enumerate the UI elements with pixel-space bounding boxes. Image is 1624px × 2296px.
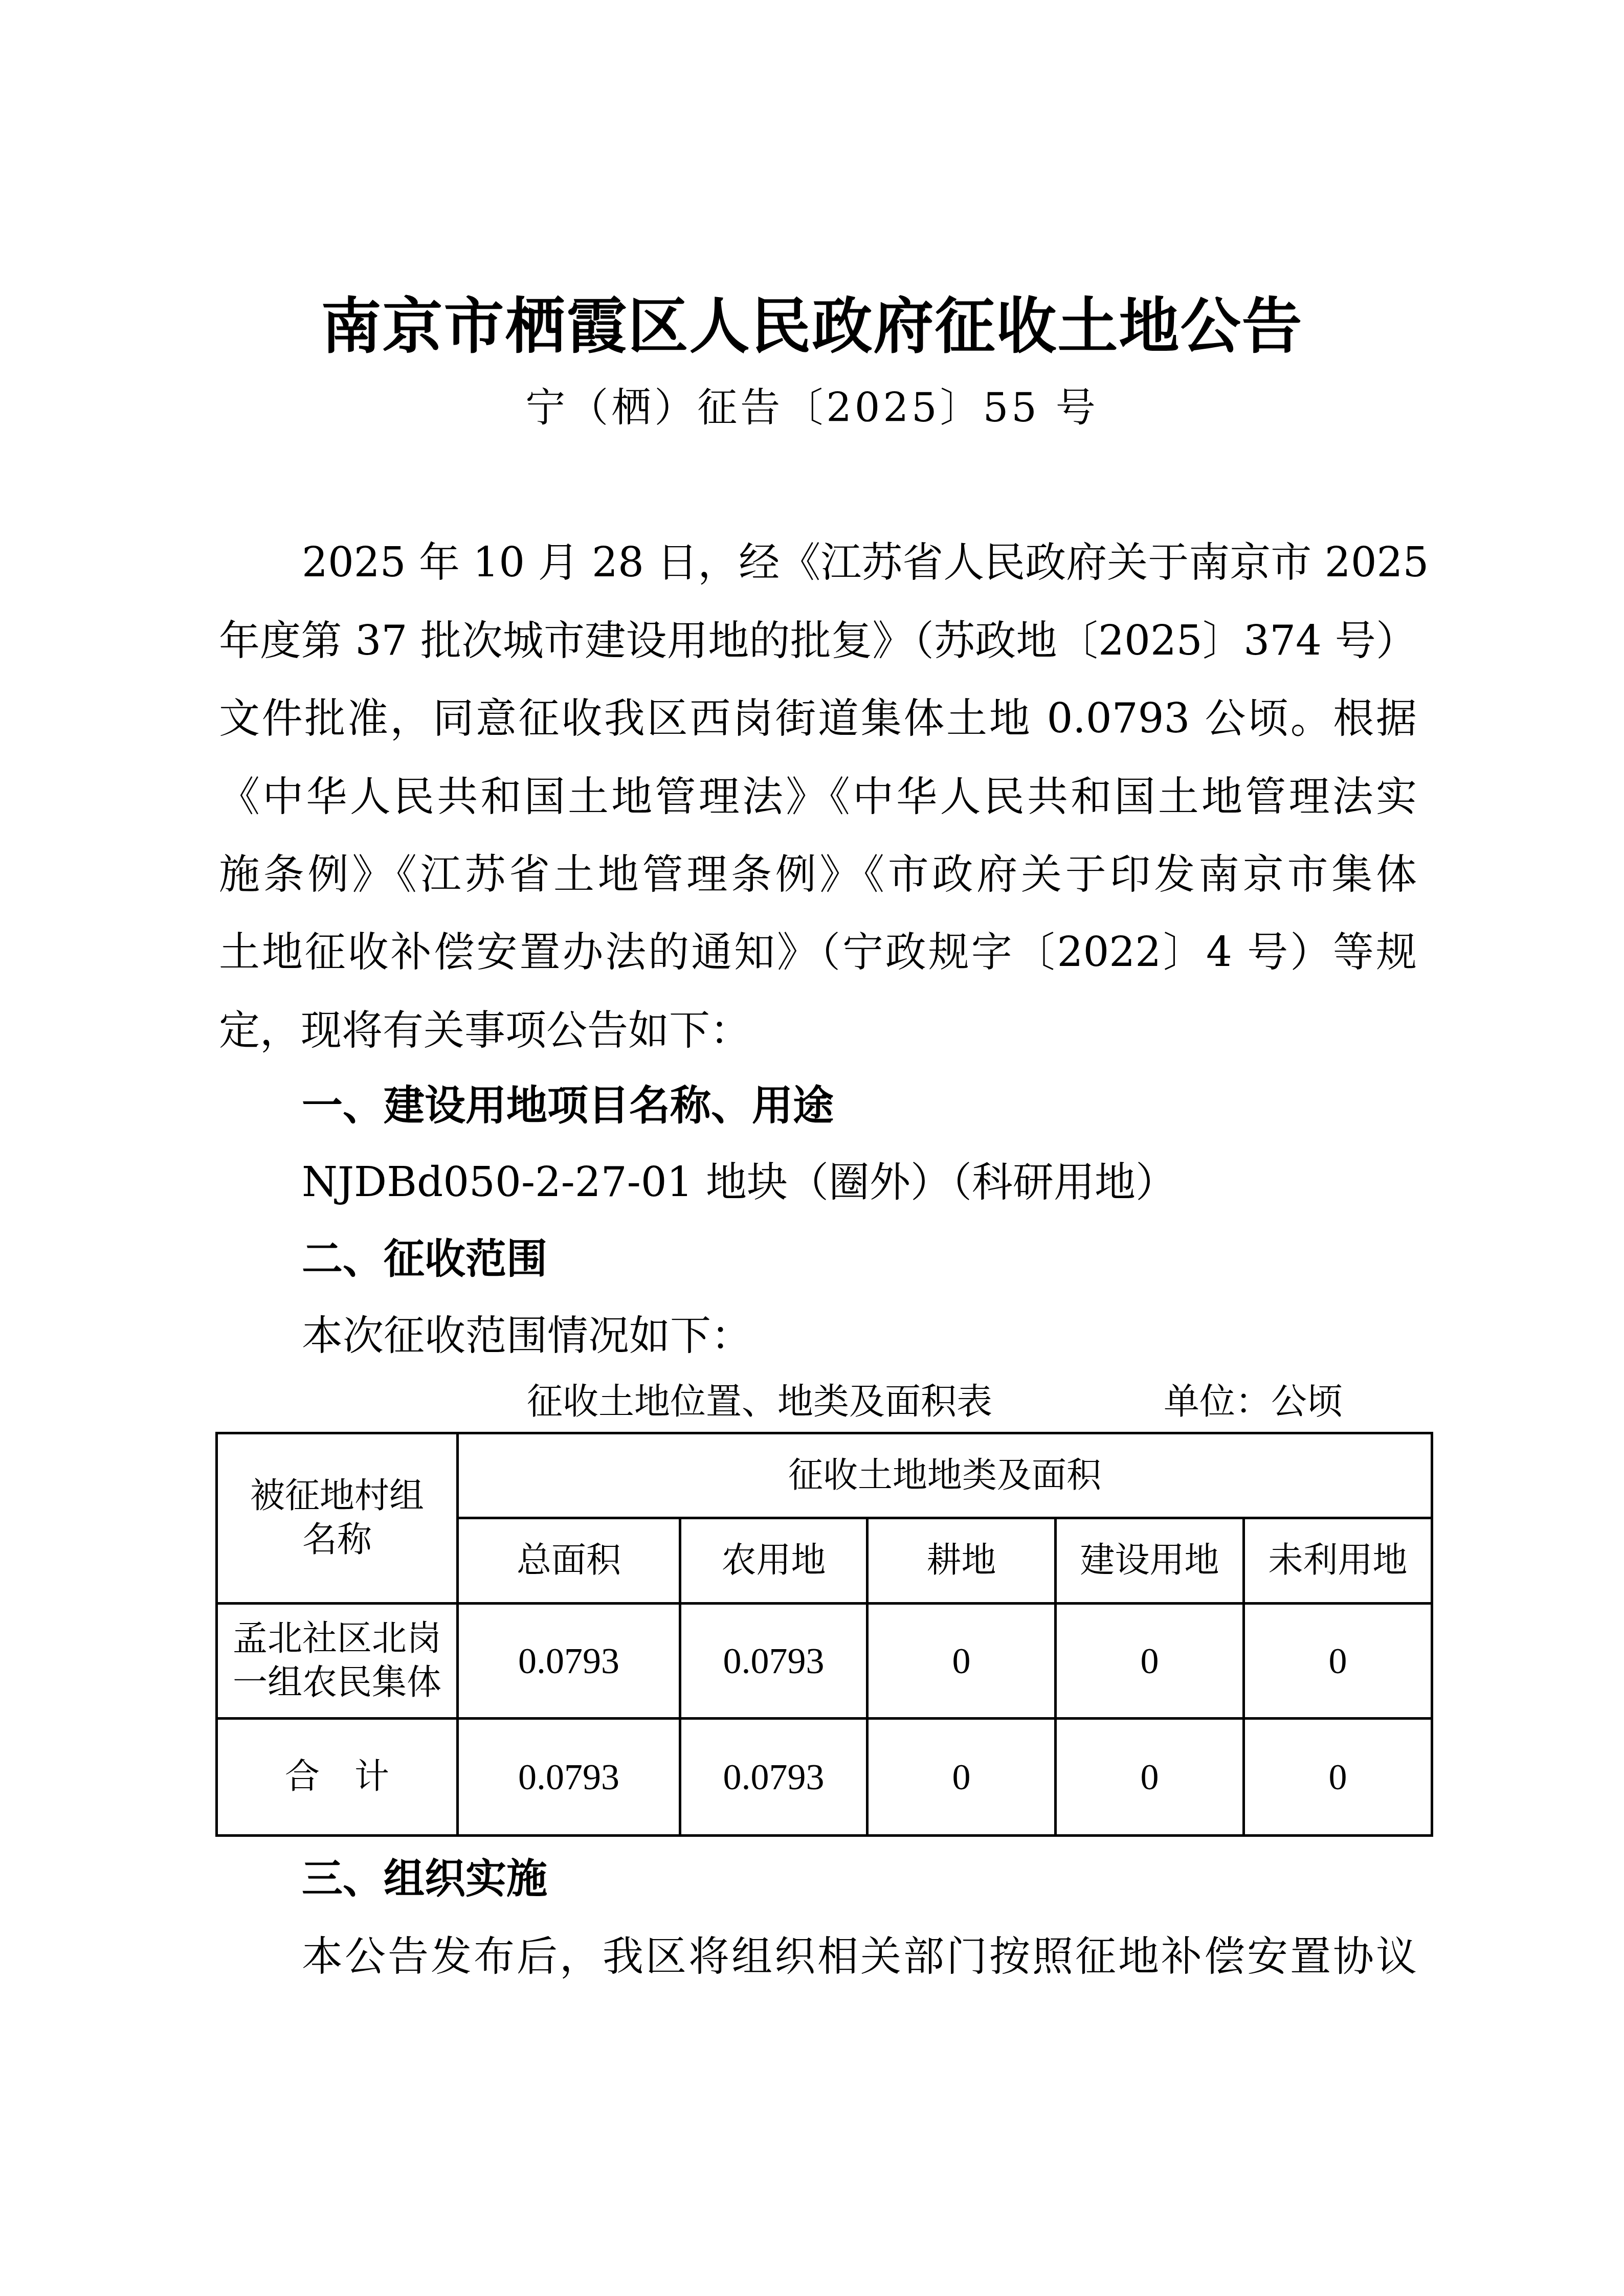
cell-agricultural: 0.0793 — [680, 1719, 867, 1836]
table-caption: 征收土地位置、地类及面积表 — [527, 1379, 992, 1425]
cell-cultivated: 0 — [867, 1604, 1056, 1719]
intro-line-7: 定，现将有关事项公告如下： — [219, 1005, 1417, 1056]
column-header: 耕地 — [867, 1518, 1056, 1604]
cell-cultivated: 0 — [867, 1719, 1056, 1836]
land-area-table: 被征地村组 名称 征收土地地类及面积 总面积 农用地 耕地 建设用地 未利用地 … — [215, 1432, 1433, 1837]
intro-line-6: 土地征收补偿安置办法的通知》（宁政规字〔2022〕4 号）等规 — [219, 927, 1417, 978]
header-village-group: 被征地村组 名称 — [217, 1433, 458, 1604]
column-header: 农用地 — [680, 1518, 867, 1604]
table-unit: 单位：公顷 — [1164, 1379, 1343, 1425]
page-title: 南京市栖霞区人民政府征收土地公告 — [0, 290, 1624, 362]
column-header: 总面积 — [458, 1518, 680, 1604]
cell-unused: 0 — [1244, 1604, 1432, 1719]
cell-construction: 0 — [1056, 1604, 1244, 1719]
cell-agricultural: 0.0793 — [680, 1604, 867, 1719]
column-header: 建设用地 — [1056, 1518, 1244, 1604]
table-row-total: 合 计 0.0793 0.0793 0 0 0 — [217, 1719, 1432, 1836]
document-number: 宁（栖）征告〔2025〕55 号 — [0, 382, 1624, 434]
cell-total-area: 0.0793 — [458, 1719, 680, 1836]
table-row: 孟北社区北岗 一组农民集体 0.0793 0.0793 0 0 0 — [217, 1604, 1432, 1719]
section-heading-3: 三、组织实施 — [302, 1853, 547, 1904]
cell-construction: 0 — [1056, 1719, 1244, 1836]
intro-line-4: 《中华人民共和国土地管理法》《中华人民共和国土地管理法实 — [219, 771, 1417, 822]
intro-line-5: 施条例》《江苏省土地管理条例》《市政府关于印发南京市集体 — [219, 849, 1417, 900]
header-land-category-group: 征收土地地类及面积 — [458, 1433, 1432, 1518]
column-header: 未利用地 — [1244, 1518, 1432, 1604]
cell-unused: 0 — [1244, 1719, 1432, 1836]
total-label: 合 计 — [217, 1719, 458, 1836]
project-name: NJDBd050-2-27-01 地块（圈外）（科研用地） — [302, 1157, 1500, 1208]
scope-intro: 本次征收范围情况如下： — [302, 1310, 1500, 1361]
intro-line-3: 文件批准，同意征收我区西岗街道集体土地 0.0793 公顷。根据 — [219, 693, 1417, 744]
intro-line-2: 年度第 37 批次城市建设用地的批复》（苏政地〔2025〕374 号） — [219, 615, 1417, 666]
section-heading-2: 二、征收范围 — [302, 1233, 547, 1285]
implementation-text: 本公告发布后，我区将组织相关部门按照征地补偿安置协议 — [302, 1931, 1417, 1982]
cell-total-area: 0.0793 — [458, 1604, 680, 1719]
village-group-name: 孟北社区北岗 一组农民集体 — [217, 1604, 458, 1719]
section-heading-1: 一、建设用地项目名称、用途 — [302, 1080, 834, 1131]
intro-line-1: 2025 年 10 月 28 日，经《江苏省人民政府关于南京市 2025 — [302, 537, 1417, 588]
